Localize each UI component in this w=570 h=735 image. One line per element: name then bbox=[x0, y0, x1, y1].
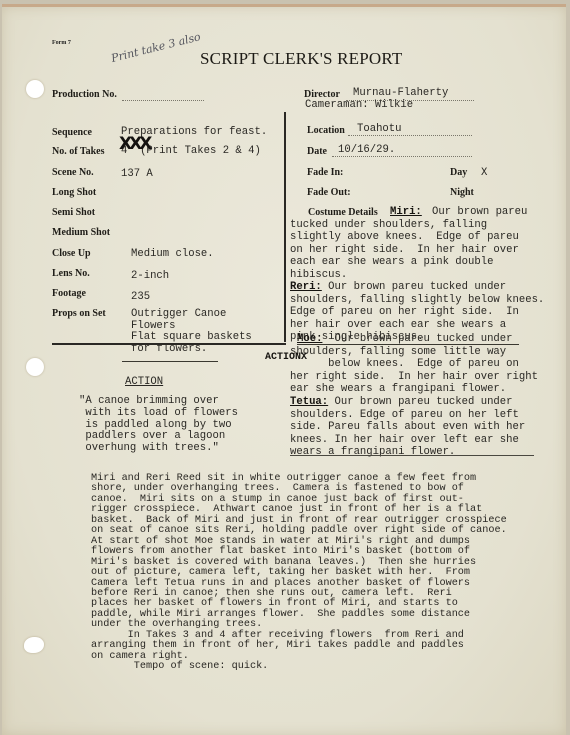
sequence-label: Sequence bbox=[52, 127, 92, 138]
fade-in-label: Fade In: bbox=[307, 167, 343, 178]
footage-value: 235 bbox=[131, 291, 150, 304]
close-up-value: Medium close. bbox=[131, 248, 214, 261]
costume-end-rule bbox=[290, 455, 534, 456]
long-shot-label: Long Shot bbox=[52, 187, 96, 198]
fade-out-label: Fade Out: bbox=[307, 187, 351, 198]
day-value: X bbox=[481, 167, 487, 180]
scene-no-label: Scene No. bbox=[52, 167, 94, 178]
location-value: Toahotu bbox=[357, 123, 402, 136]
page-title: SCRIPT CLERK'S REPORT bbox=[200, 49, 402, 69]
lens-no-value: 2-inch bbox=[131, 270, 169, 283]
action-heading: ACTION bbox=[125, 376, 163, 389]
hole-punch-middle bbox=[26, 358, 44, 376]
cameraman-value: Cameraman: Wilkie bbox=[305, 99, 413, 112]
scene-no-value: 137 A bbox=[121, 168, 153, 181]
action-top-rule bbox=[122, 361, 218, 362]
medium-shot-label: Medium Shot bbox=[52, 227, 110, 238]
director-value: Murnau-Flaherty bbox=[353, 87, 448, 100]
strikeout-mark: XXX bbox=[119, 134, 149, 154]
costume-text-tetua: Our brown pareu tucked under shoulders. … bbox=[290, 396, 525, 459]
day-label: Day bbox=[450, 167, 467, 178]
production-no-line bbox=[122, 100, 204, 101]
costume-text-miri-first-line: Our brown pareu bbox=[432, 206, 527, 219]
close-up-label: Close Up bbox=[52, 248, 91, 259]
production-no-label: Production No. bbox=[52, 89, 117, 100]
overtyped-action-heading: ACTIONX bbox=[265, 352, 307, 365]
location-label: Location bbox=[307, 125, 345, 136]
hole-punch-top bbox=[26, 80, 44, 98]
semi-shot-label: Semi Shot bbox=[52, 207, 95, 218]
costume-text-moe: Our brown pareu tucked under shoulders, … bbox=[290, 333, 538, 396]
takes-label: No. of Takes bbox=[52, 146, 105, 157]
hole-punch-bottom bbox=[24, 637, 44, 653]
action-body: Miri and Reri Reed sit in white outrigge… bbox=[91, 474, 507, 673]
night-label: Night bbox=[450, 187, 474, 198]
props-label: Props on Set bbox=[52, 308, 106, 319]
column-divider bbox=[284, 112, 286, 342]
lens-no-label: Lens No. bbox=[52, 268, 90, 279]
date-label: Date bbox=[307, 146, 327, 157]
footage-label: Footage bbox=[52, 288, 86, 299]
form-number: Form 7 bbox=[52, 40, 71, 46]
date-value: 10/16/29. bbox=[338, 144, 395, 157]
action-quote: "A canoe brimming over with its load of … bbox=[79, 396, 238, 455]
moe-underline bbox=[297, 344, 519, 345]
props-value: Outrigger Canoe Flowers Flat square bask… bbox=[131, 309, 252, 355]
